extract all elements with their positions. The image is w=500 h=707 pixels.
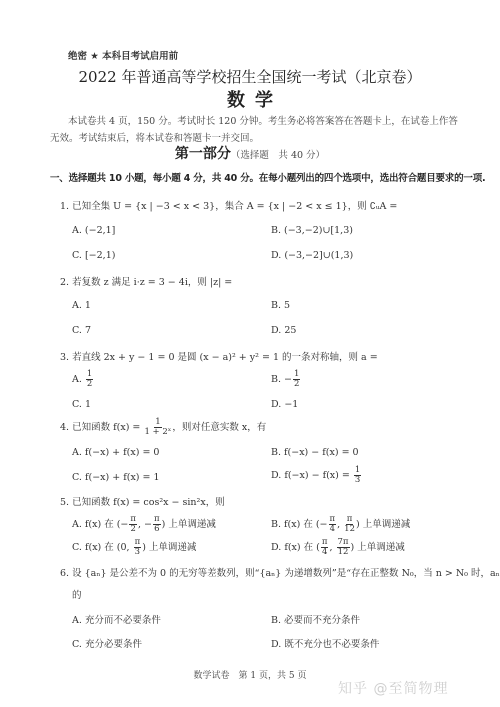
q6-option-b: B. 必要而不充分条件 [271, 612, 360, 626]
question-6-stem: 6. 设 {aₙ} 是公差不为 0 的无穷等差数列，则“{aₙ} 为递增数列”是… [60, 565, 500, 579]
q4-option-a: A. f(−x) + f(x) = 0 [72, 447, 159, 458]
q2-option-c: C. 7 [72, 325, 91, 336]
q4-option-c: C. f(−x) + f(x) = 1 [72, 472, 160, 483]
q2-option-d: D. 25 [271, 325, 296, 336]
q1-option-c: C. [−2,1) [72, 250, 115, 261]
part-title: 第一部分 [175, 146, 231, 162]
q3-option-a: A. 12 [72, 370, 94, 389]
q4-option-b: B. f(−x) − f(x) = 0 [271, 447, 359, 458]
confidential-label: 绝密 ★ 本科目考试启用前 [68, 48, 178, 62]
part-heading: 第一部分（选择题 共 40 分） [0, 143, 500, 163]
q3-option-b: B. −12 [271, 370, 301, 389]
question-5-stem: 5. 已知函数 f(x) = cos²x − sin²x，则 [60, 494, 225, 508]
q3-option-c: C. 1 [72, 399, 91, 410]
q2-option-a: A. 1 [72, 300, 91, 311]
question-1-stem: 1. 已知全集 U = {x | −3 < x < 3}，集合 A = {x |… [60, 198, 397, 212]
question-number: 1. [60, 201, 69, 212]
exam-instructions: 本试卷共 4 页，150 分。考试时长 120 分钟。考生务必将答案答在答题卡上… [50, 113, 460, 147]
question-number: 4. [60, 422, 69, 433]
q2-option-b: B. 5 [271, 300, 290, 311]
q1-option-b: B. (−3,−2)∪[1,3) [271, 225, 353, 236]
question-4-stem: 4. 已知函数 f(x) = 11 + 2ˣ，则对任意实数 x，有 [60, 418, 266, 437]
part-subtitle: （选择题 共 40 分） [231, 150, 325, 161]
q6-option-c: C. 充分必要条件 [72, 636, 142, 650]
question-number: 2. [60, 277, 69, 288]
question-3-stem: 3. 若直线 2x + y − 1 = 0 是圆 (x − a)² + y² =… [60, 349, 378, 363]
question-text: 若复数 z 满足 i·z = 3 − 4i，则 |z| = [72, 277, 232, 288]
question-text: 已知全集 U = {x | −3 < x < 3}，集合 A = {x | −2… [72, 201, 397, 212]
subject-title: 数学 [0, 86, 500, 112]
question-text: 若直线 2x + y − 1 = 0 是圆 (x − a)² + y² = 1 … [72, 352, 378, 363]
question-text: 已知函数 f(x) = [72, 422, 140, 433]
q5-option-b: B. f(x) 在 (−π4, π12) 上单调递减 [271, 515, 410, 534]
fraction: 11 + 2ˣ [144, 418, 171, 437]
question-2-stem: 2. 若复数 z 满足 i·z = 3 − 4i，则 |z| = [60, 274, 232, 288]
q1-option-a: A. (−2,1] [72, 225, 115, 236]
section-heading: 一、选择题共 10 小题，每小题 4 分，共 40 分。在每小题列出的四个选项中… [50, 170, 485, 184]
q5-option-d: D. f(x) 在 (π4, 7π12) 上单调递减 [271, 538, 405, 557]
q5-option-c: C. f(x) 在 (0, π3) 上单调递减 [72, 538, 196, 557]
q4-option-d: D. f(−x) − f(x) = 13 [271, 466, 362, 485]
exam-title: 2022 年普通高等学校招生全国统一考试（北京卷） [0, 66, 500, 87]
question-text: 设 {aₙ} 是公差不为 0 的无穷等差数列，则“{aₙ} 为递增数列”是“存在… [72, 568, 500, 579]
question-text: 已知函数 f(x) = cos²x − sin²x，则 [72, 497, 225, 508]
question-number: 3. [60, 352, 69, 363]
question-6-stem-continued: 的 [72, 587, 82, 601]
q5-option-a: A. f(x) 在 (−π2, −π6) 上单调递减 [72, 515, 216, 534]
q6-option-d: D. 既不充分也不必要条件 [271, 636, 379, 650]
zhihu-watermark: 知乎 @至简物理 [338, 678, 448, 698]
q6-option-a: A. 充分而不必要条件 [72, 612, 161, 626]
q1-option-d: D. (−3,−2]∪(1,3) [271, 250, 353, 261]
question-number: 5. [60, 497, 69, 508]
q3-option-d: D. −1 [271, 399, 298, 410]
question-number: 6. [60, 568, 69, 579]
